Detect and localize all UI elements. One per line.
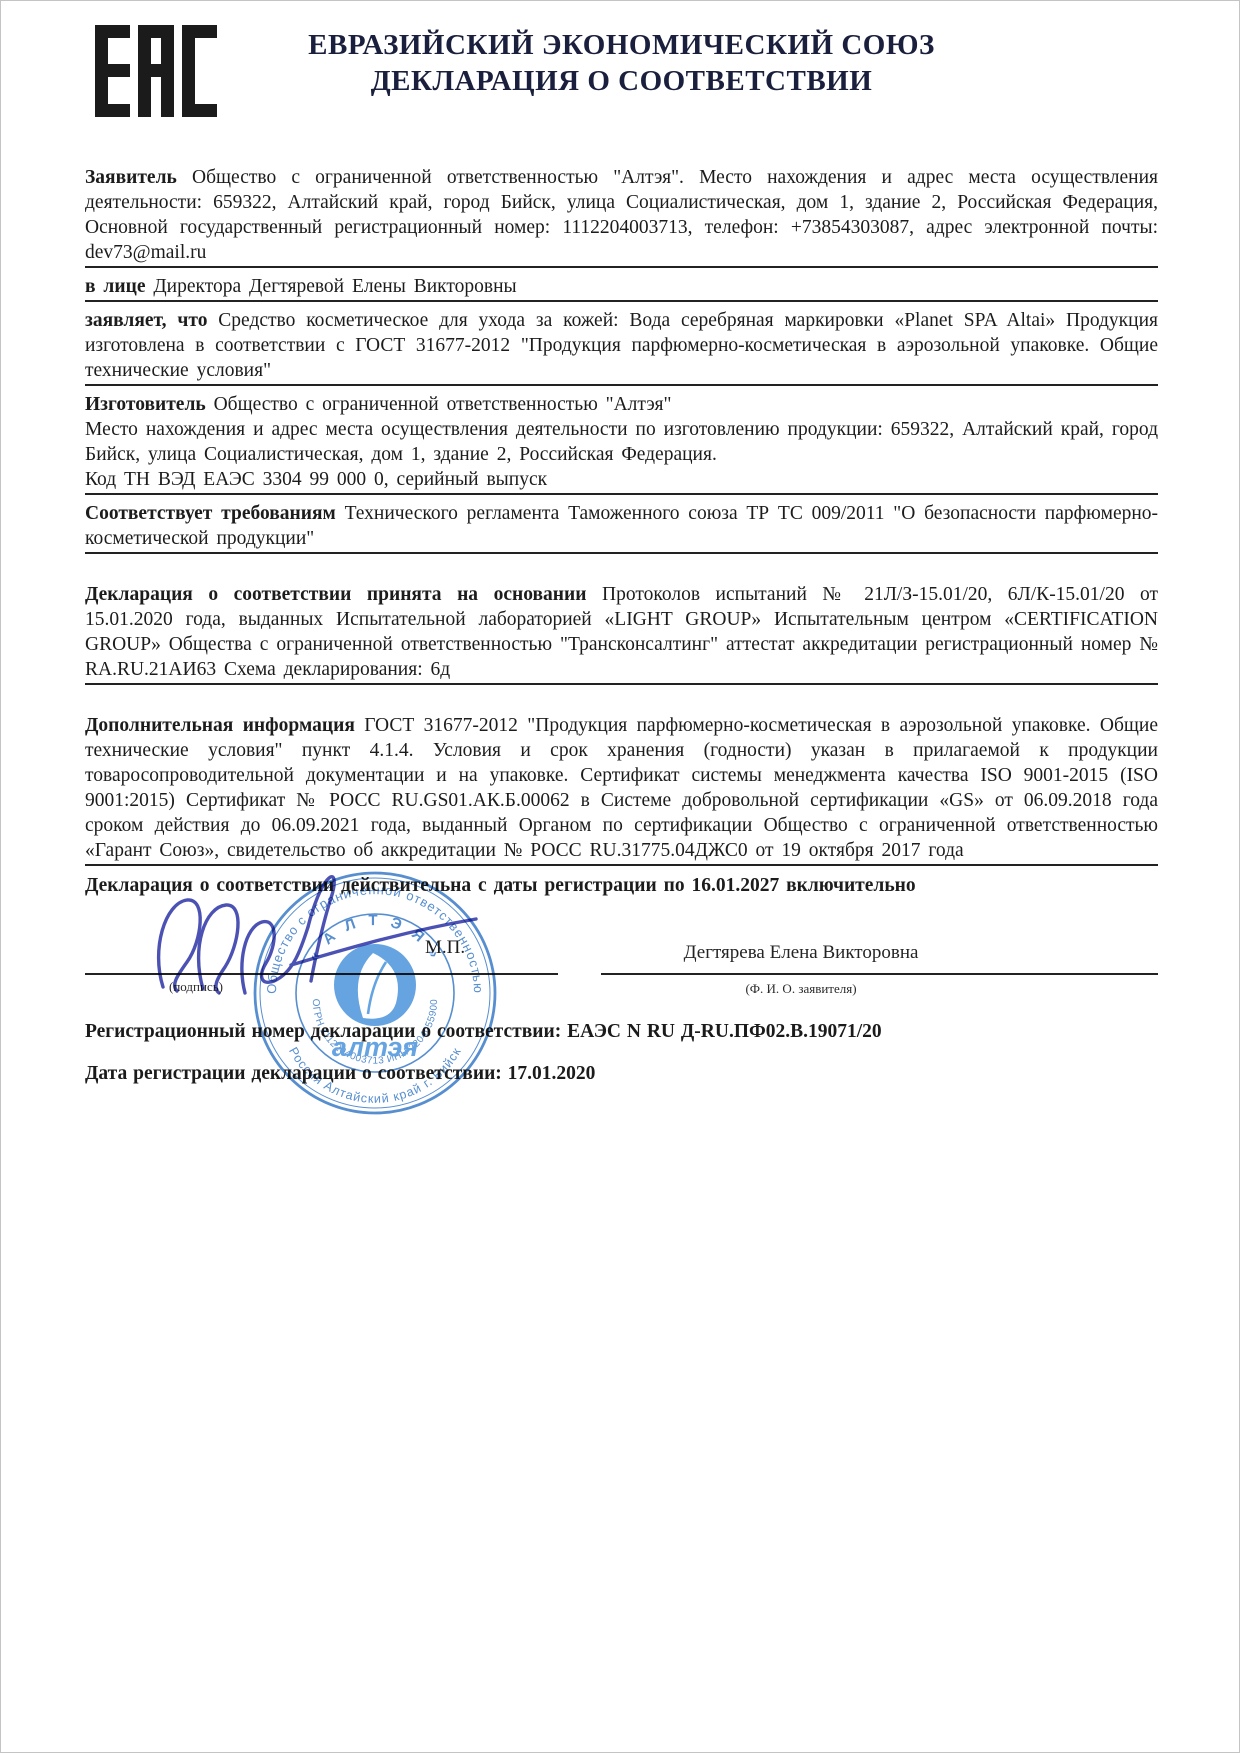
fio-caption: (Ф. И. О. заявителя) — [561, 981, 1041, 997]
page-title-line1: ЕВРАЗИЙСКИЙ ЭКОНОМИЧЕСКИЙ СОЮЗ — [85, 27, 1158, 63]
page-title: ЕВРАЗИЙСКИЙ ЭКОНОМИЧЕСКИЙ СОЮЗ ДЕКЛАРАЦИ… — [85, 27, 1158, 99]
document-header: ЕВРАЗИЙСКИЙ ЭКОНОМИЧЕСКИЙ СОЮЗ ДЕКЛАРАЦИ… — [85, 1, 1158, 151]
section-additional-text: ГОСТ 31677-2012 "Продукция парфюмерно-ко… — [85, 715, 1158, 861]
document-content: ЕВРАЗИЙСКИЙ ЭКОНОМИЧЕСКИЙ СОЮЗ ДЕКЛАРАЦИ… — [85, 1, 1158, 898]
section-applicant-text: Общество с ограниченной ответственностью… — [85, 167, 1158, 263]
section-additional-lead: Дополнительная информация — [85, 715, 355, 736]
section-manufacturer-text: Общество с ограниченной ответственностью… — [214, 394, 672, 415]
section-declares: заявляет, что Средство косметическое для… — [85, 308, 1158, 386]
section-additional: Дополнительная информация ГОСТ 31677-201… — [85, 713, 1158, 866]
section-manufacturer-line1: Изготовитель Общество с ограниченной отв… — [85, 392, 1158, 417]
section-complies: Соответствует требованиям Технического р… — [85, 501, 1158, 554]
section-declares-text: Средство косметическое для ухода за коже… — [85, 310, 1158, 381]
section-person: в лице Директора Дегтяревой Елены Виктор… — [85, 274, 1158, 302]
section-manufacturer-address: Место нахождения и адрес места осуществл… — [85, 417, 1158, 467]
section-manufacturer-tnved: Код ТН ВЭД ЕАЭС 3304 99 000 0, серийный … — [85, 467, 1158, 492]
mp-label: М.П. — [425, 937, 465, 959]
section-person-lead: в лице — [85, 276, 145, 297]
section-basis-lead: Декларация о соответствии принята на осн… — [85, 584, 586, 605]
section-manufacturer-lead: Изготовитель — [85, 394, 206, 415]
page-title-line2: ДЕКЛАРАЦИЯ О СООТВЕТСТВИИ — [85, 63, 1158, 99]
section-applicant-lead: Заявитель — [85, 167, 177, 188]
section-complies-lead: Соответствует требованиям — [85, 503, 336, 524]
section-declares-lead: заявляет, что — [85, 310, 207, 331]
stamp-wordmark: алтэя — [332, 1032, 418, 1062]
fio-line — [601, 973, 1158, 975]
declaration-document: ЕВРАЗИЙСКИЙ ЭКОНОМИЧЕСКИЙ СОЮЗ ДЕКЛАРАЦИ… — [0, 0, 1240, 1753]
section-basis: Декларация о соответствии принята на осн… — [85, 582, 1158, 685]
applicant-name: Дегтярева Елена Викторовна — [561, 942, 1041, 964]
section-manufacturer: Изготовитель Общество с ограниченной отв… — [85, 392, 1158, 495]
section-applicant: Заявитель Общество с ограниченной ответс… — [85, 165, 1158, 268]
section-person-text: Директора Дегтяревой Елены Викторовны — [153, 276, 516, 297]
